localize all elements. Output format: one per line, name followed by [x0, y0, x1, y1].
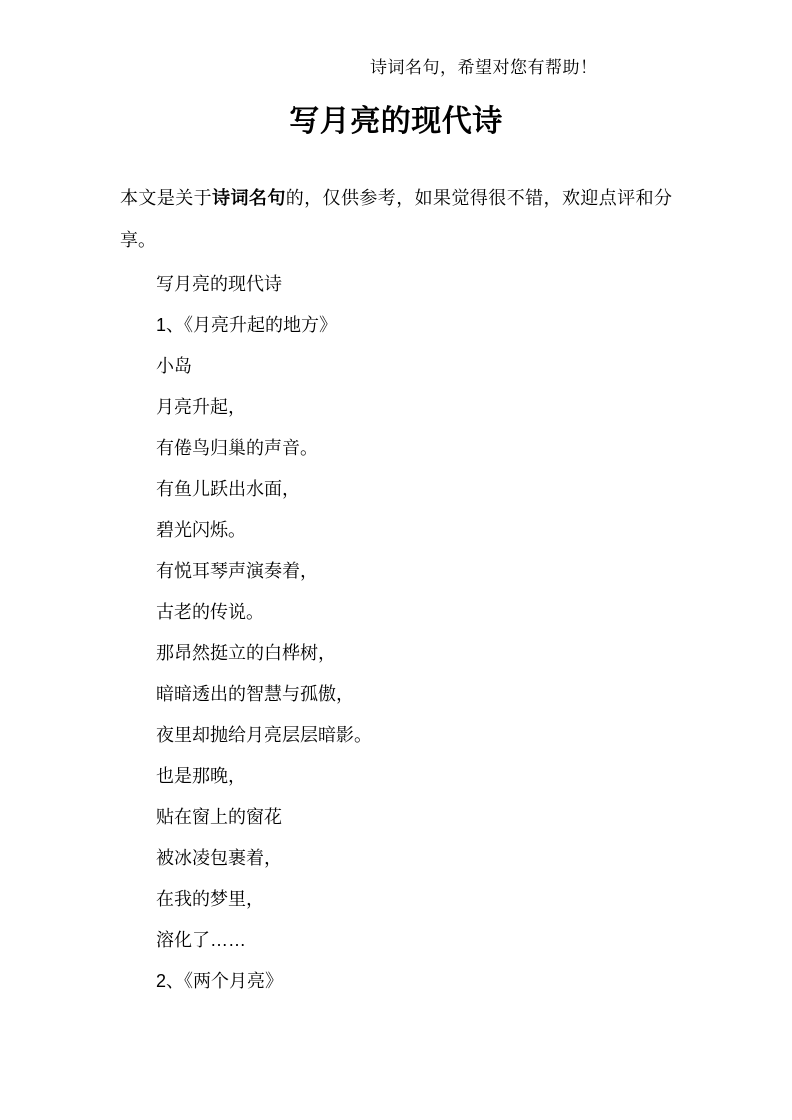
poem-line: 溶化了…… — [120, 920, 672, 961]
intro-prefix: 本文是关于 — [120, 188, 212, 208]
poem-line: 有鱼儿跃出水面， — [120, 469, 672, 510]
poem-line: 2、《两个月亮》 — [120, 961, 672, 1002]
intro-paragraph: 本文是关于诗词名句的，仅供参考，如果觉得很不错，欢迎点评和分享。 — [120, 177, 672, 261]
poem-line: 碧光闪烁。 — [120, 510, 672, 551]
poem-line: 写月亮的现代诗 — [120, 264, 672, 305]
poem-line: 夜里却抛给月亮层层暗影。 — [120, 715, 672, 756]
poem-line: 在我的梦里， — [120, 879, 672, 920]
poem-line: 1、《月亮升起的地方》 — [120, 305, 672, 346]
page-title: 写月亮的现代诗 — [0, 102, 792, 142]
page-header-text: 诗词名句，希望对您有帮助！ — [370, 56, 598, 79]
poem-line: 月亮升起， — [120, 387, 672, 428]
poem-line: 被冰凌包裹着， — [120, 838, 672, 879]
poem-line: 古老的传说。 — [120, 592, 672, 633]
poem-body: 写月亮的现代诗1、《月亮升起的地方》小岛月亮升起，有倦鸟归巢的声音。有鱼儿跃出水… — [120, 264, 672, 1002]
poem-line: 也是那晚， — [120, 756, 672, 797]
poem-line: 有悦耳琴声演奏着， — [120, 551, 672, 592]
poem-line: 暗暗透出的智慧与孤傲， — [120, 674, 672, 715]
intro-bold-keyword: 诗词名句 — [212, 188, 286, 208]
document-page: 诗词名句，希望对您有帮助！ 写月亮的现代诗 本文是关于诗词名句的，仅供参考，如果… — [0, 0, 792, 1120]
poem-line: 那昂然挺立的白桦树， — [120, 633, 672, 674]
poem-line: 有倦鸟归巢的声音。 — [120, 428, 672, 469]
poem-line: 小岛 — [120, 346, 672, 387]
poem-line: 贴在窗上的窗花 — [120, 797, 672, 838]
